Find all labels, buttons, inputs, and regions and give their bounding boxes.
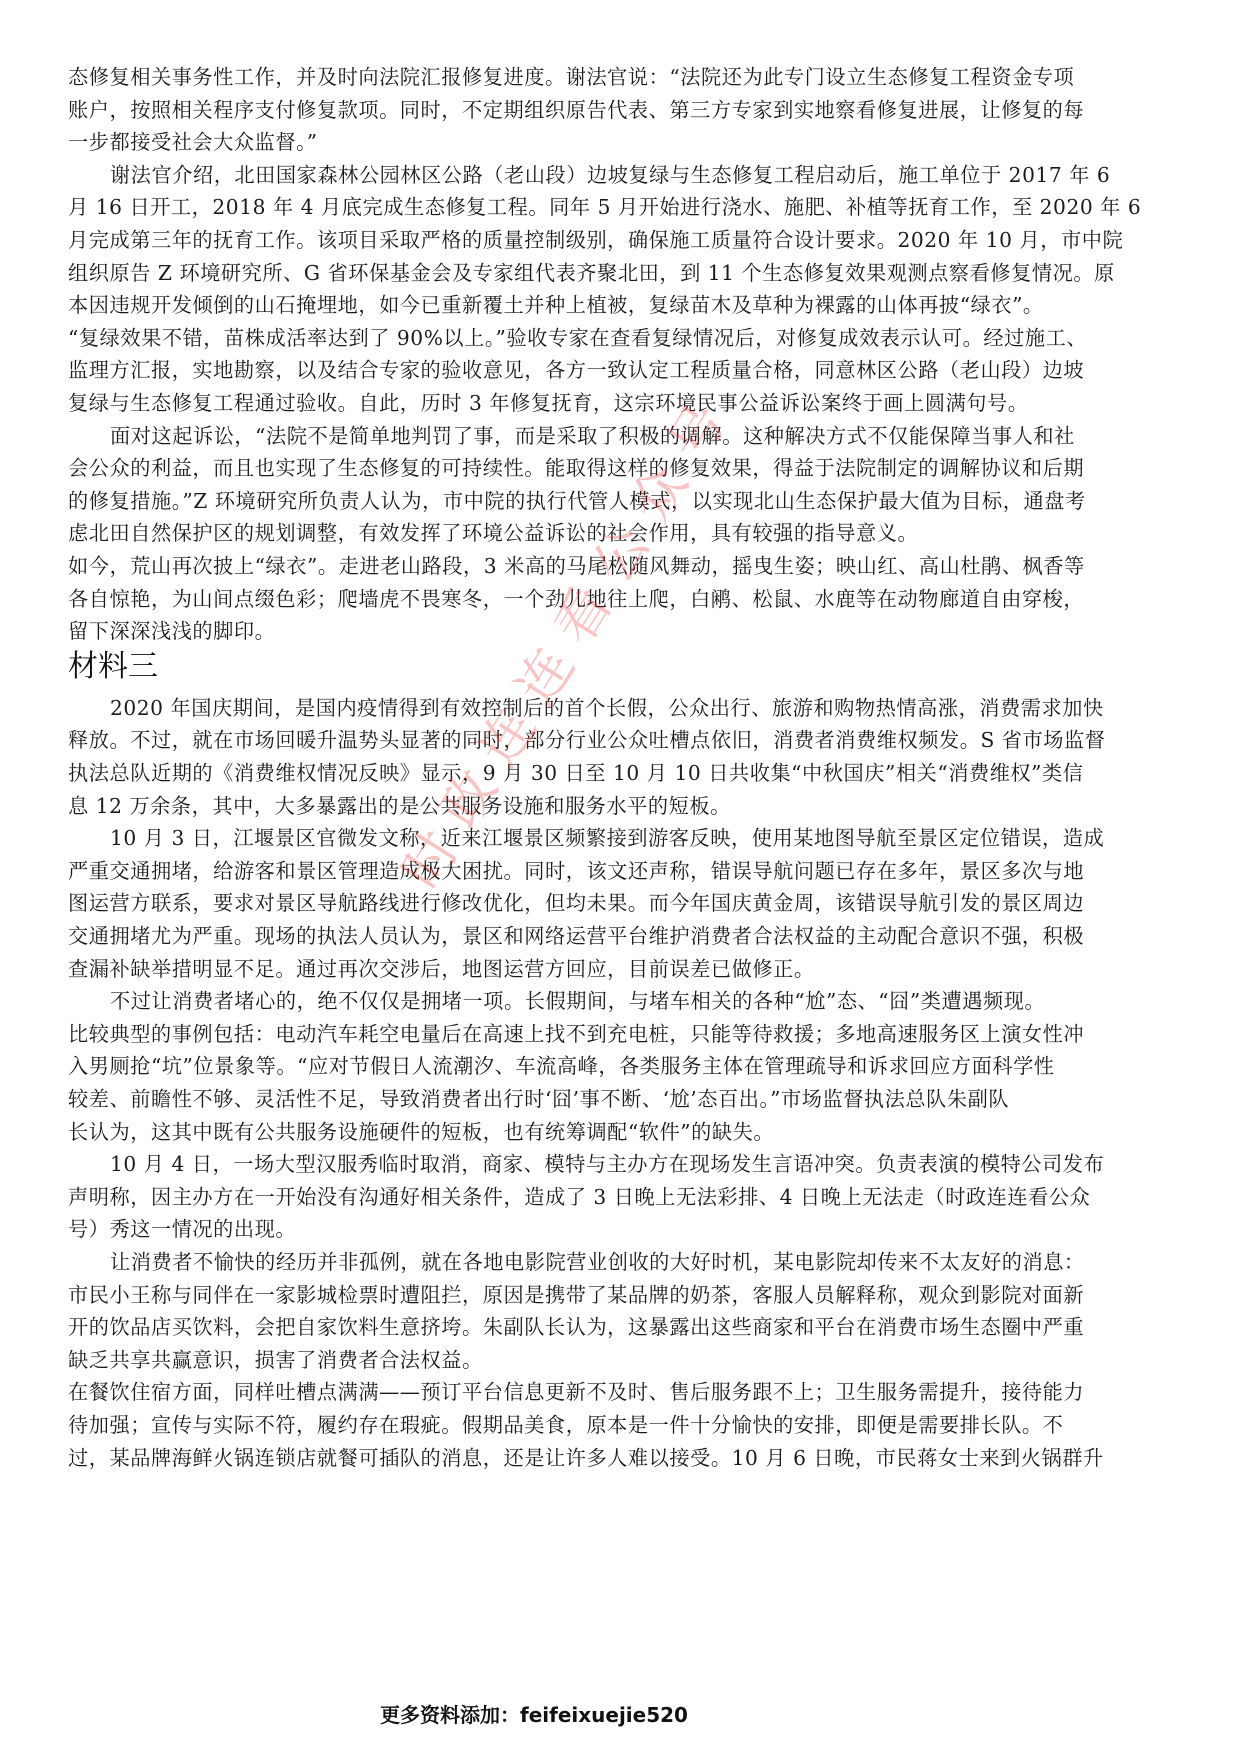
text-line: 交通拥堵尤为严重。现场的执法人员认为，景区和网络运营平台维护消费者合法权益的主动… [68,923,1084,949]
text-line: 组织原告 Z 环境研究所、G 省环保基金会及专家组代表齐聚北田，到 11 个生态… [68,260,1115,286]
text-line: 缺乏共享共赢意识，损害了消费者合法权益。 [68,1347,483,1373]
text-line: 10 月 4 日，一场大型汉服秀临时取消，商家、模特与主办方在现场发生言语冲突。… [110,1151,1104,1177]
text-line: 图运营方联系，要求对景区导航路线进行修改优化，但均未果。而今年国庆黄金周，该错误… [68,890,1084,916]
text-line: 比较典型的事例包括：电动汽车耗空电量后在高速上找不到充电桩，只能等待救援；多地高… [68,1021,1084,1047]
text-line: 月完成第三年的抚育工作。该项目采取严格的质量控制级别，确保施工质量符合设计要求。… [68,227,1123,253]
text-line: 的修复措施。”Z 环境研究所负责人认为，市中院的执行代管人模式，以实现北山生态保… [68,488,1086,514]
text-line: 息 12 万余条，其中，大多暴露出的是公共服务设施和服务水平的短板。 [68,793,731,819]
text-line: 长认为，这其中既有公共服务设施硬件的短板，也有统筹调配“软件”的缺失。 [68,1119,774,1145]
text-line: 号）秀这一情况的出现。 [68,1216,296,1242]
text-line: 如今，荒山再次披上“绿衣”。走进老山路段，3 米高的马尾松随风舞动，摇曳生姿；映… [68,553,1085,579]
text-line: 态修复相关事务性工作，并及时向法院汇报修复进度。谢法官说：“法院还为此专门设立生… [68,64,1074,90]
text-line: 账户，按照相关程序支付修复款项。同时，不定期组织原告代表、第三方专家到实地察看修… [68,97,1084,123]
text-line: 月 16 日开工，2018 年 4 月底完成生态修复工程。同年 5 月开始进行浇… [68,194,1141,220]
text-line: 一步都接受社会大众监督。” [68,129,318,155]
text-line: 虑北田自然保护区的规划调整，有效发挥了环境公益诉讼的社会作用，具有较强的指导意义… [68,520,918,546]
text-line: 待加强；宣传与实际不符，履约存在瑕疵。假期品美食，原本是一件十分愉快的安排，即便… [68,1412,1063,1438]
text-line: “复绿效果不错，苗株成活率达到了 90%以上。”验收专家在查看复绿情况后，对修复… [68,325,1087,351]
footer-label: 更多资料添加： [380,1703,520,1727]
text-line: 会公众的利益，而且也实现了生态修复的可持续性。能取得这样的修复效果，得益于法院制… [68,455,1084,481]
text-line: 2020 年国庆期间，是国内疫情得到有效控制后的首个长假，公众出行、旅游和购物热… [110,695,1104,721]
text-line: 不过让消费者堵心的，绝不仅仅是拥堵一项。长假期间，与堵车相关的各种“尬”态、“囧… [110,988,1045,1014]
text-line: 面对这起诉讼，“法院不是简单地判罚了事，而是采取了积极的调解。这种解决方式不仅能… [110,423,1075,449]
text-line: 让消费者不愉快的经历并非孤例，就在各地电影院营业创收的大好时机，某电影院却传来不… [110,1249,1085,1275]
text-line: 查漏补缺举措明显不足。通过再次交涉后，地图运营方回应，目前误差已做修正。 [68,956,815,982]
text-line: 在餐饮住宿方面，同样吐槽点满满——预订平台信息更新不及时、售后服务跟不上；卫生服… [68,1379,1084,1405]
text-line: 复绿与生态修复工程通过验收。自此，历时 3 年修复抚育，这宗环境民事公益诉讼案终… [68,390,1029,416]
watermark: 时政连连看公众号 [380,372,751,901]
text-line: 入男厕抢“坑”位景象等。“应对节假日人流潮汐、车流高峰，各类服务主体在管理疏导和… [68,1053,1055,1079]
text-line: 市民小王称与同伴在一家影城检票时遭阻拦，原因是携带了某品牌的奶茶，客服人员解释称… [68,1282,1084,1308]
text-line: 释放。不过，就在市场回暖升温势头显著的同时，部分行业公众吐槽点依旧，消费者消费维… [68,727,1106,753]
text-line: 本因违规开发倾倒的山石掩埋地，如今已重新覆土并种上植被，复绿苗木及草种为裸露的山… [68,292,1044,318]
footer-code: feifeixuejie520 [520,1703,688,1727]
text-line: 谢法官介绍，北田国家森林公园林区公路（老山段）边坡复绿与生态修复工程启动后，施工… [110,162,1110,188]
section-heading: 材料三 [68,649,158,685]
text-line: 监理方汇报，实地勘察，以及结合专家的验收意见，各方一致认定工程质量合格，同意林区… [68,357,1084,383]
text-line: 开的饮品店买饮料，会把自家饮料生意挤垮。朱副队长认为，这暴露出这些商家和平台在消… [68,1314,1084,1340]
text-line: 过，某品牌海鲜火锅连锁店就餐可插队的消息，还是让许多人难以接受。10 月 6 日… [68,1445,1104,1471]
text-line: 10 月 3 日，江堰景区官微发文称，近来江堰景区频繁接到游客反映，使用某地图导… [110,825,1104,851]
text-line: 各自惊艳，为山间点缀色彩；爬墙虎不畏寒冬，一个劲儿地往上爬，白鹇、松鼠、水鹿等在… [68,586,1084,612]
text-line: 执法总队近期的《消费维权情况反映》显示，9 月 30 日至 10 月 10 日共… [68,760,1084,786]
text-line: 声明称，因主办方在一开始没有沟通好相关条件，造成了 3 日晚上无法彩排、4 日晚… [68,1184,1090,1210]
text-line: 较差、前瞻性不够、灵活性不足，导致消费者出行时‘囧’事不断、‘尬’态百出。”市场… [68,1086,1009,1112]
text-line: 留下深深浅浅的脚印。 [68,618,275,644]
footer-contact: 更多资料添加：feifeixuejie520 [380,1702,688,1728]
text-line: 严重交通拥堵，给游客和景区管理造成极大困扰。同时，该文还声称，错误导航问题已存在… [68,858,1084,884]
